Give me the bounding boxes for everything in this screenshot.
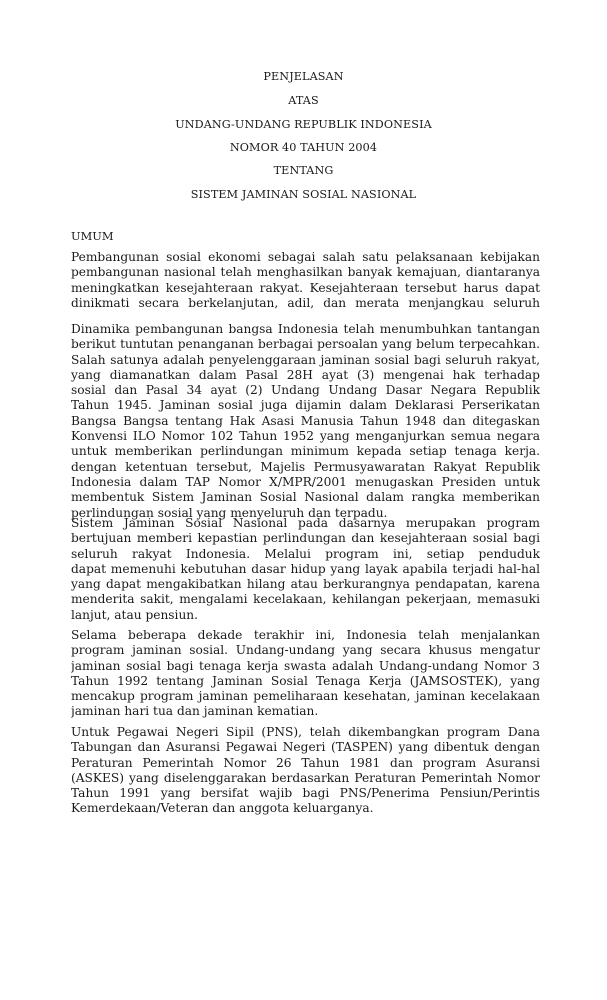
paragraph-line: Sistem Jaminan Sosial Nasional pada dasa… <box>71 516 540 531</box>
header-line-explanation: PENJELASAN <box>0 70 607 84</box>
paragraph-line: Indonesia dalam TAP Nomor X/MPR/2001 men… <box>71 475 540 490</box>
paragraph-line: Tabungan dan Asuransi Pegawai Negeri (TA… <box>71 740 540 755</box>
paragraph-line: mencakup program jaminan pemeliharaan ke… <box>71 689 540 704</box>
paragraph-line: Peraturan Pemerintah Nomor 26 Tahun 1981… <box>71 756 540 771</box>
paragraph-line: yang diamanatkan dalam Pasal 28H ayat (3… <box>71 368 540 383</box>
header-line-law: UNDANG-UNDANG REPUBLIK INDONESIA <box>0 118 607 132</box>
paragraph-line: Untuk Pegawai Negeri Sipil (PNS), telah … <box>71 725 540 740</box>
paragraph-line: Kemerdekaan/Veteran dan anggota keluarga… <box>71 801 540 816</box>
paragraph-line: sosial dan Pasal 34 ayat (2) Undang Unda… <box>71 383 540 398</box>
paragraph-line: (ASKES) yang diselenggarakan berdasarkan… <box>71 771 540 786</box>
paragraph-line: Bangsa Bangsa tentang Hak Asasi Manusia … <box>71 414 540 429</box>
paragraph: Sistem Jaminan Sosial Nasional pada dasa… <box>71 516 540 623</box>
paragraph-line: Selama beberapa dekade terakhir ini, Ind… <box>71 628 540 643</box>
paragraph-line: seluruh rakyat Indonesia. Melalui progra… <box>71 547 540 562</box>
paragraph-line: membentuk Sistem Jaminan Sosial Nasional… <box>71 490 540 505</box>
paragraph: Untuk Pegawai Negeri Sipil (PNS), telah … <box>71 725 540 817</box>
paragraph-line: Tahun 1991 yang bersifat wajib bagi PNS/… <box>71 786 540 801</box>
paragraph-line: yang dapat mengakibatkan hilang atau ber… <box>71 577 540 592</box>
paragraph-line: Pembangunan sosial ekonomi sebagai salah… <box>71 250 540 265</box>
paragraph-line: jaminan hari tua dan jaminan kematian. <box>71 704 540 719</box>
paragraph-line: jaminan sosial bagi tenaga kerja swasta … <box>71 659 540 674</box>
paragraph-line: meningkatkan kesejahteraan rakyat. Kesej… <box>71 281 540 296</box>
paragraph: Pembangunan sosial ekonomi sebagai salah… <box>71 250 540 311</box>
paragraph-line: Tahun 1945. Jaminan sosial juga dijamin … <box>71 398 540 413</box>
paragraph-line: dengan ketentuan tersebut, Majelis Permu… <box>71 460 540 475</box>
paragraph-line: Konvensi ILO Nomor 102 Tahun 1952 yang m… <box>71 429 540 444</box>
paragraph-line: untuk memberikan perlindungan minimum ke… <box>71 444 540 459</box>
paragraph-line: program jaminan sosial. Undang-undang ya… <box>71 643 540 658</box>
document-page: PENJELASAN ATAS UNDANG-UNDANG REPUBLIK I… <box>0 0 607 1000</box>
paragraph-line: lanjut, atau pensiun. <box>71 608 540 623</box>
paragraph: Selama beberapa dekade terakhir ini, Ind… <box>71 628 540 720</box>
paragraph-line: dinikmati secara berkelanjutan, adil, da… <box>71 296 540 311</box>
paragraph-line: Salah satunya adalah penyelenggaraan jam… <box>71 353 540 368</box>
paragraph-line: menderita sakit, mengalami kecelakaan, k… <box>71 592 540 607</box>
paragraph: Dinamika pembangunan bangsa Indonesia te… <box>71 322 540 521</box>
header-line-number-year: NOMOR 40 TAHUN 2004 <box>0 141 607 155</box>
paragraph-line: pembangunan nasional telah menghasilkan … <box>71 265 540 280</box>
paragraph-line: Tahun 1992 tentang Jaminan Sosial Tenaga… <box>71 674 540 689</box>
paragraph-line: bertujuan memberi kepastian perlindungan… <box>71 531 540 546</box>
paragraph-line: berikut tuntutan penanganan berbagai per… <box>71 337 540 352</box>
paragraph-line: Dinamika pembangunan bangsa Indonesia te… <box>71 322 540 337</box>
header-line-on: ATAS <box>0 94 607 108</box>
paragraph-line: dapat memenuhi kebutuhan dasar hidup yan… <box>71 562 540 577</box>
section-title: UMUM <box>71 229 114 243</box>
header-line-about: TENTANG <box>0 164 607 178</box>
header-line-subject: SISTEM JAMINAN SOSIAL NASIONAL <box>0 188 607 202</box>
